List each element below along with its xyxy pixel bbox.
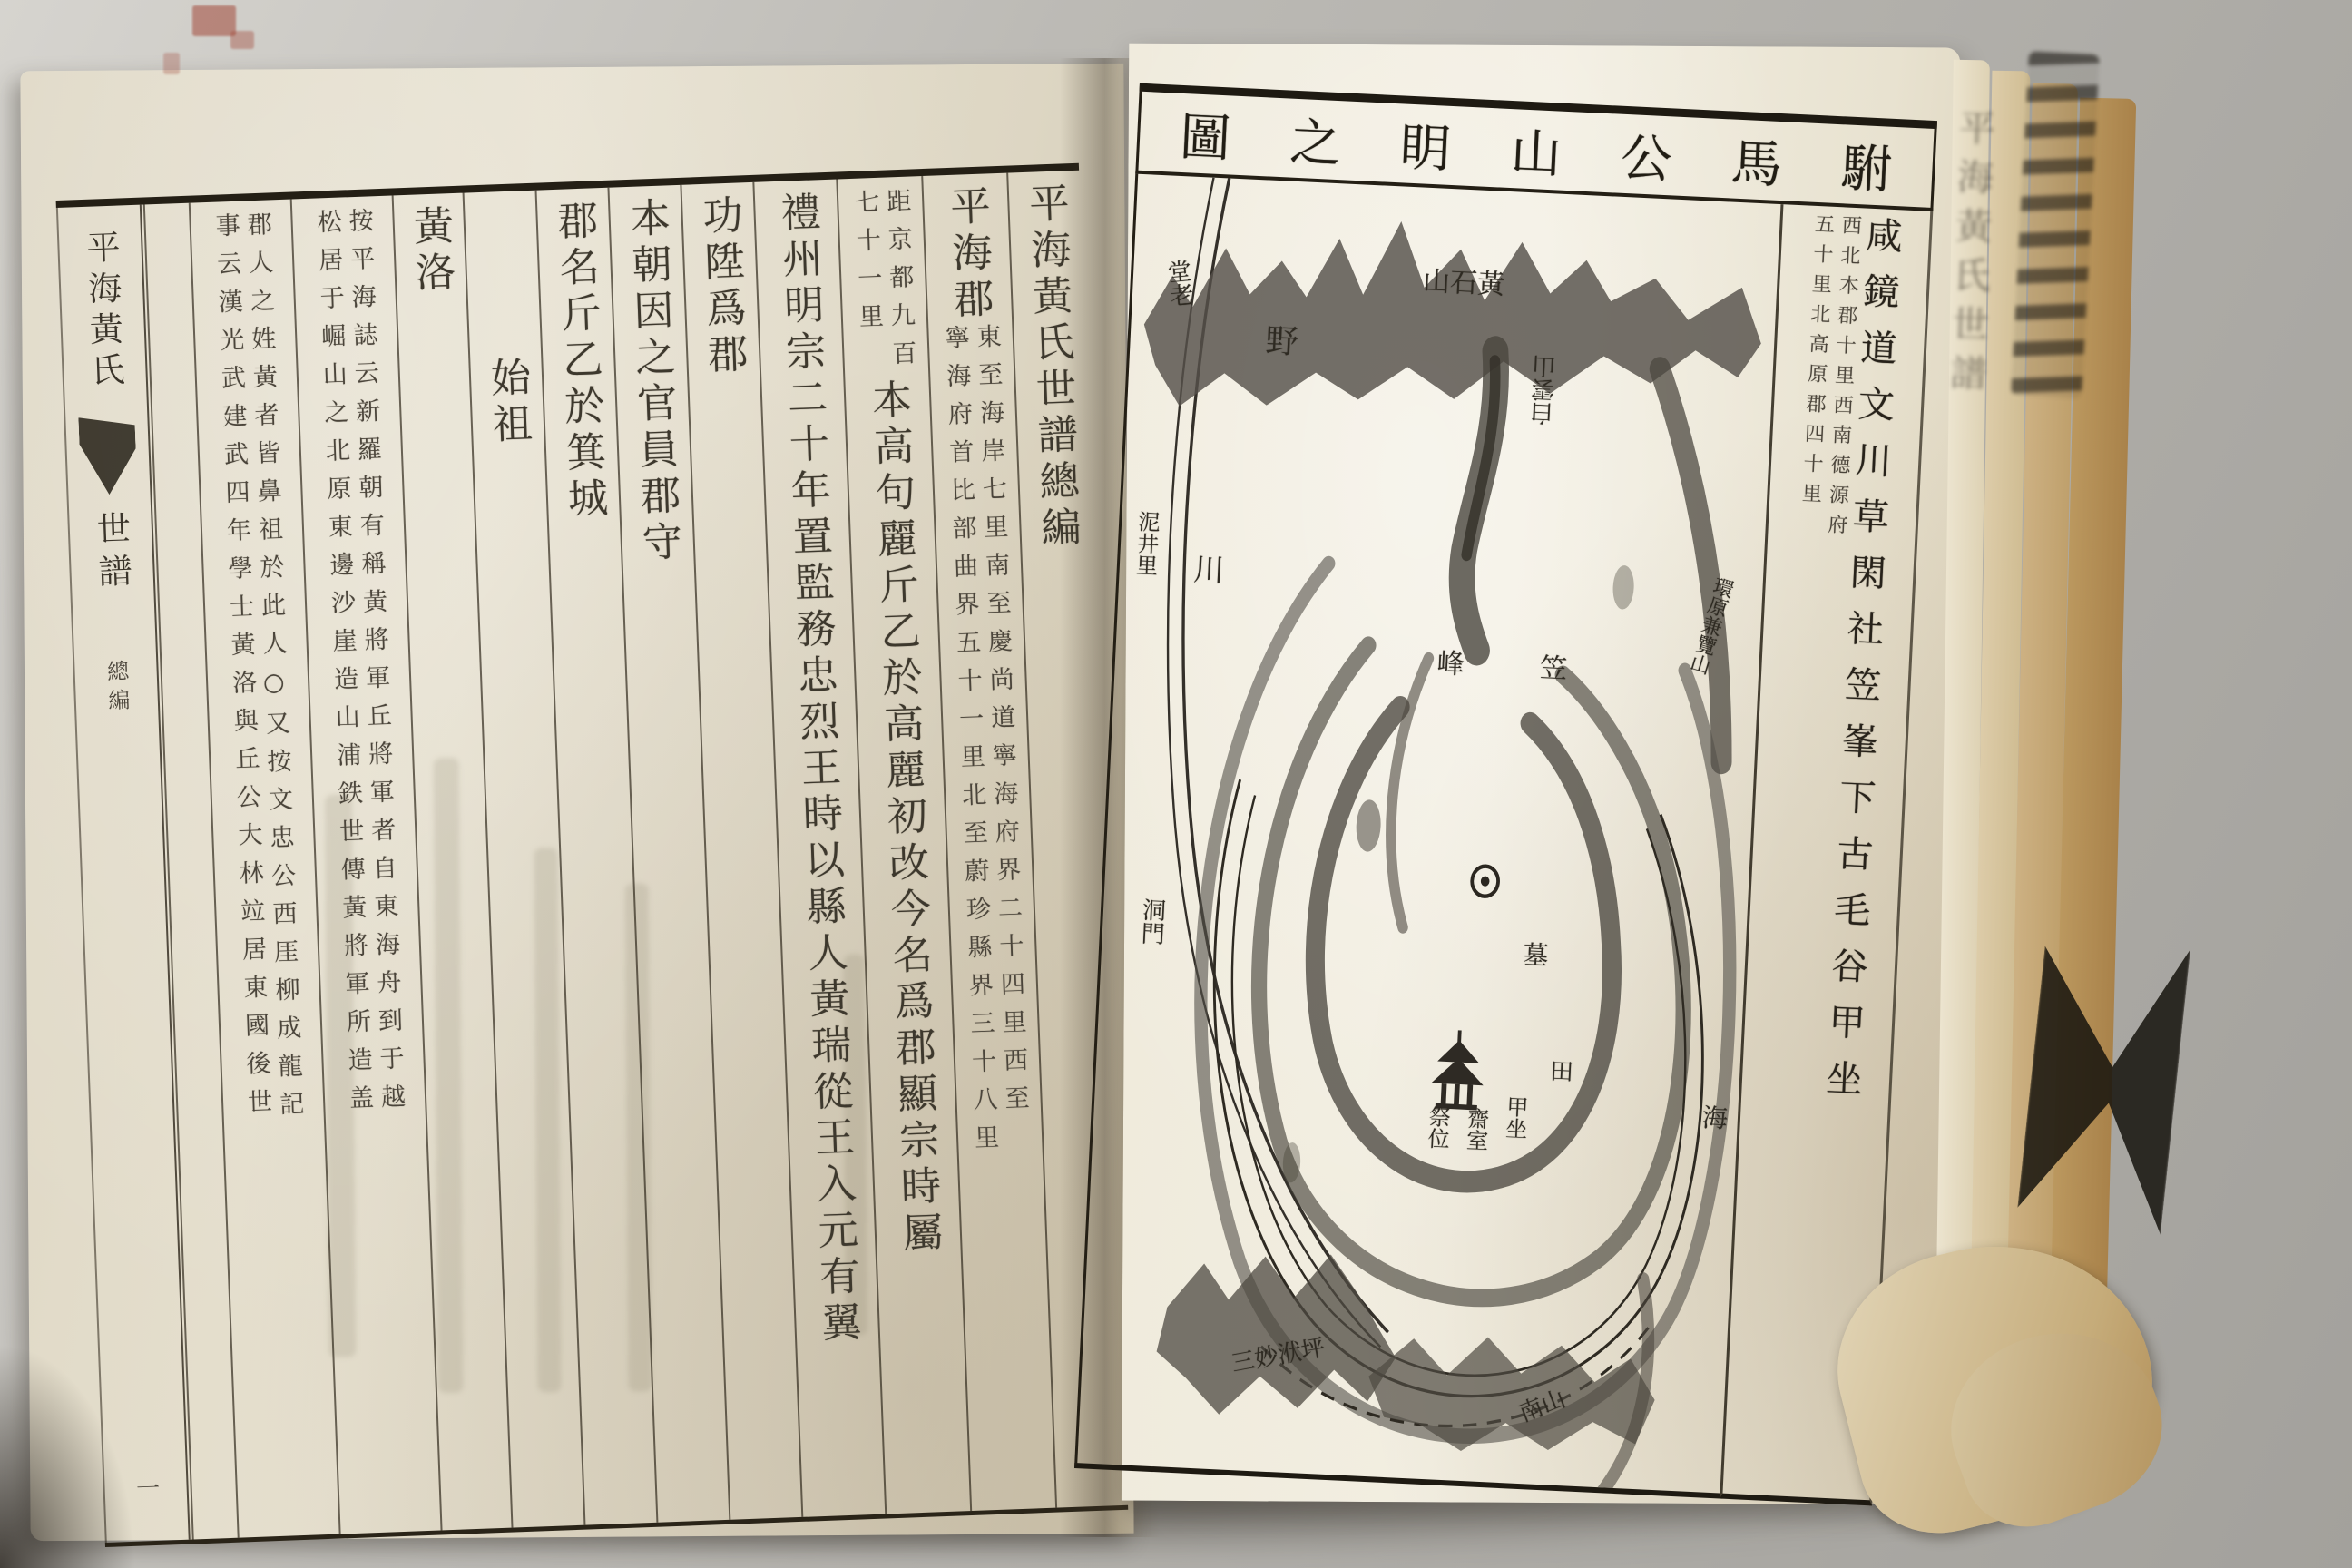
map-title-char-2: 馬 bbox=[1730, 122, 1784, 198]
map-title-char-1: 駙 bbox=[1840, 128, 1895, 203]
map-label-10: 洞門 bbox=[1134, 897, 1170, 946]
map-label-3: 野 bbox=[1265, 316, 1299, 364]
map-label-15: 祭位 bbox=[1421, 1104, 1455, 1150]
text-columns: 平海黃氏世譜總編平海郡東至海岸七里南至慶尚道寧海府界二十四里西至寧海府首比部曲界… bbox=[142, 171, 1128, 1540]
fishtail-mark-icon bbox=[78, 416, 137, 495]
map-label-4: 白雲山 bbox=[1525, 354, 1563, 426]
map-label-8: 笠 bbox=[1539, 645, 1568, 686]
mountain-map: 山石黃堂老野白雲山川泥井里峰笠環原兼覽山洞門墓田甲坐齋室祭位海三妙洑坪南山 bbox=[1074, 174, 1780, 1499]
map-label-12: 田 bbox=[1549, 1053, 1574, 1087]
red-edge-mark bbox=[192, 5, 236, 36]
annotation-left-subcolumn: 七十一里 bbox=[852, 189, 884, 380]
interlinear-annotation: 按平海誌云新羅朝有稱黃將軍丘將軍者自東海舟到于越松居于崛山之北原東邊沙崖造山浦鉄… bbox=[314, 207, 404, 1123]
column-main-text: 功陞爲郡 bbox=[698, 194, 744, 380]
shrine-building-icon bbox=[1430, 1029, 1486, 1111]
column-main-text: 黃洛 bbox=[408, 204, 452, 299]
map-label-16: 海 bbox=[1701, 1098, 1729, 1135]
map-title-char-6: 之 bbox=[1289, 102, 1343, 177]
map-label-11: 墓 bbox=[1523, 935, 1550, 972]
red-edge-mark bbox=[230, 31, 254, 49]
map-title-char-5: 眀 bbox=[1399, 107, 1454, 182]
map-label-14: 齋室 bbox=[1459, 1106, 1493, 1151]
spine-volume-title: 世譜 bbox=[93, 510, 130, 596]
map-label-1: 山石黃 bbox=[1422, 259, 1505, 302]
column-main-text: 郡名斤乙於箕城 bbox=[553, 199, 604, 524]
annotation-right-subcolumn: 距京都九百 bbox=[884, 188, 916, 379]
column-main-text: 本朝因之官員郡守 bbox=[625, 196, 679, 567]
map-label-6: 泥井里 bbox=[1129, 510, 1163, 577]
map-label-13: 甲坐 bbox=[1498, 1095, 1532, 1141]
column-main-text: 始祖 bbox=[485, 356, 529, 450]
map-label-7: 峰 bbox=[1436, 641, 1465, 681]
interlinear-annotation: 距京都九百七十一里 bbox=[852, 188, 916, 380]
map-title-char-3: 公 bbox=[1620, 117, 1674, 192]
map-label-2: 堂老 bbox=[1160, 259, 1198, 309]
map-title-char-7: 圖 bbox=[1179, 96, 1233, 171]
column-main-text: 本高句麗斤乙於高麗初改今名爲郡顯宗時屬 bbox=[867, 378, 938, 1259]
interlinear-annotation: 郡人之姓黃者皆鼻祖於此人○又按文忠公西厓柳成龍記事云漢光武建武四年學士黃洛與丘公… bbox=[212, 211, 302, 1131]
corner-shadow bbox=[0, 1343, 136, 1568]
left-page-text-frame: 平海黃氏 世譜 總編 一 平海黃氏世譜總編平海郡東至海岸七里南至慶尚道寧海府界二… bbox=[56, 163, 1129, 1547]
spine-section-label: 總編 bbox=[104, 660, 128, 719]
spine-series-title: 平海黃氏 bbox=[83, 230, 122, 394]
left-page: 平海黃氏 世譜 總編 一 平海黃氏世譜總編平海郡東至海岸七里南至慶尚道寧海府界二… bbox=[20, 64, 1133, 1541]
mountain-map-drawing bbox=[1077, 174, 1780, 1494]
right-page: 駙馬公山眀之圖 bbox=[1122, 44, 1960, 1505]
map-label-5: 川 bbox=[1192, 544, 1225, 591]
map-page-frame: 駙馬公山眀之圖 bbox=[1074, 83, 1937, 1506]
map-title-char-4: 山 bbox=[1509, 113, 1563, 188]
column-main-text: 平海郡 bbox=[946, 185, 991, 326]
spine-page-number: 一 bbox=[133, 1475, 158, 1500]
red-edge-mark bbox=[163, 53, 180, 74]
photo-of-open-genealogy-book: { "left_page": { "spine": { "series_titl… bbox=[0, 0, 2352, 1568]
